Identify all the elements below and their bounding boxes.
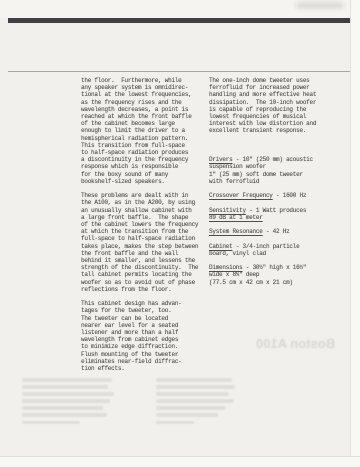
paragraph-tweeter-advantages: This cabinet design has advan- tages for… (81, 300, 207, 372)
spec-label: Cabinet (209, 243, 232, 250)
paragraph-cabinet-solution: These problems are dealt with in the A10… (81, 192, 207, 293)
spec-value: - 1 Watt produces (246, 207, 306, 214)
showthrough-text-block (156, 378, 236, 428)
header-thin-rule (8, 71, 350, 72)
showthrough-line (22, 399, 110, 403)
page-bottom-edge (0, 456, 360, 467)
showthrough-line (22, 406, 103, 410)
spec-label: System Resonance (209, 228, 263, 235)
showthrough-line (22, 378, 112, 382)
left-text-column: the floor. Furthermore, while any speake… (81, 77, 207, 379)
spec-label: Dimensions (209, 264, 243, 271)
spec-extra: board, vinyl clad (209, 250, 266, 257)
scanned-page: the floor. Furthermore, while any speake… (0, 0, 360, 467)
paragraph-tweeter-woofer: The one-inch dome tweeter uses ferroflui… (209, 77, 341, 135)
spec-label: Crossover Frequency (209, 192, 273, 199)
showthrough-line (156, 378, 232, 382)
spec-value: - 1600 Hz (273, 192, 307, 199)
right-text-column: The one-inch dome tweeter uses ferroflui… (209, 77, 341, 286)
showthrough-line (156, 413, 218, 417)
spec-value: - 42 Hz (263, 228, 290, 235)
showthrough-watermark: Boston A100 (243, 335, 335, 353)
spec-sensitivity: Sensitivity - 1 Watt produces 89 dB at 1… (209, 207, 341, 221)
showthrough-smudge (296, 2, 344, 9)
spec-dimensions: Dimensions - 30½" high x 16½" wide x 8¼"… (209, 264, 341, 286)
header-rule-bar (8, 18, 350, 23)
paragraph-radiation: the floor. Furthermore, while any speake… (81, 77, 207, 185)
spec-cabinet: Cabinet - 3/4-inch particle board, vinyl… (209, 243, 341, 257)
spec-value: - 10" (250 mm) acoustic (232, 156, 312, 163)
spec-extra-underlined: 89 dB at 1 meter (209, 214, 263, 221)
spec-extra: suspension woofer 1" (25 mm) soft dome t… (209, 163, 303, 184)
spec-label: Drivers (209, 156, 232, 163)
showthrough-line (22, 413, 107, 417)
showthrough-line (22, 392, 114, 396)
spec-system-resonance: System Resonance - 42 Hz (209, 228, 341, 235)
spec-value: - 30½" high x 16½" (243, 264, 307, 271)
spec-extra: wide x 8¼" deep (77.5 cm x 42 cm x 21 cm… (209, 271, 293, 285)
showthrough-line (22, 385, 108, 389)
spec-label: Sensitivity (209, 207, 246, 214)
showthrough-line (22, 421, 80, 425)
spec-drivers: Drivers - 10" (250 mm) acoustic suspensi… (209, 156, 341, 185)
showthrough-line (156, 399, 234, 403)
showthrough-text-block (22, 378, 116, 428)
spec-value: - 3/4-inch particle (232, 243, 299, 250)
spec-crossover-frequency: Crossover Frequency - 1600 Hz (209, 192, 341, 199)
page-right-edge (350, 0, 360, 467)
showthrough-line (156, 421, 194, 425)
showthrough-line (156, 385, 235, 389)
showthrough-line (156, 392, 229, 396)
showthrough-line (156, 406, 226, 410)
